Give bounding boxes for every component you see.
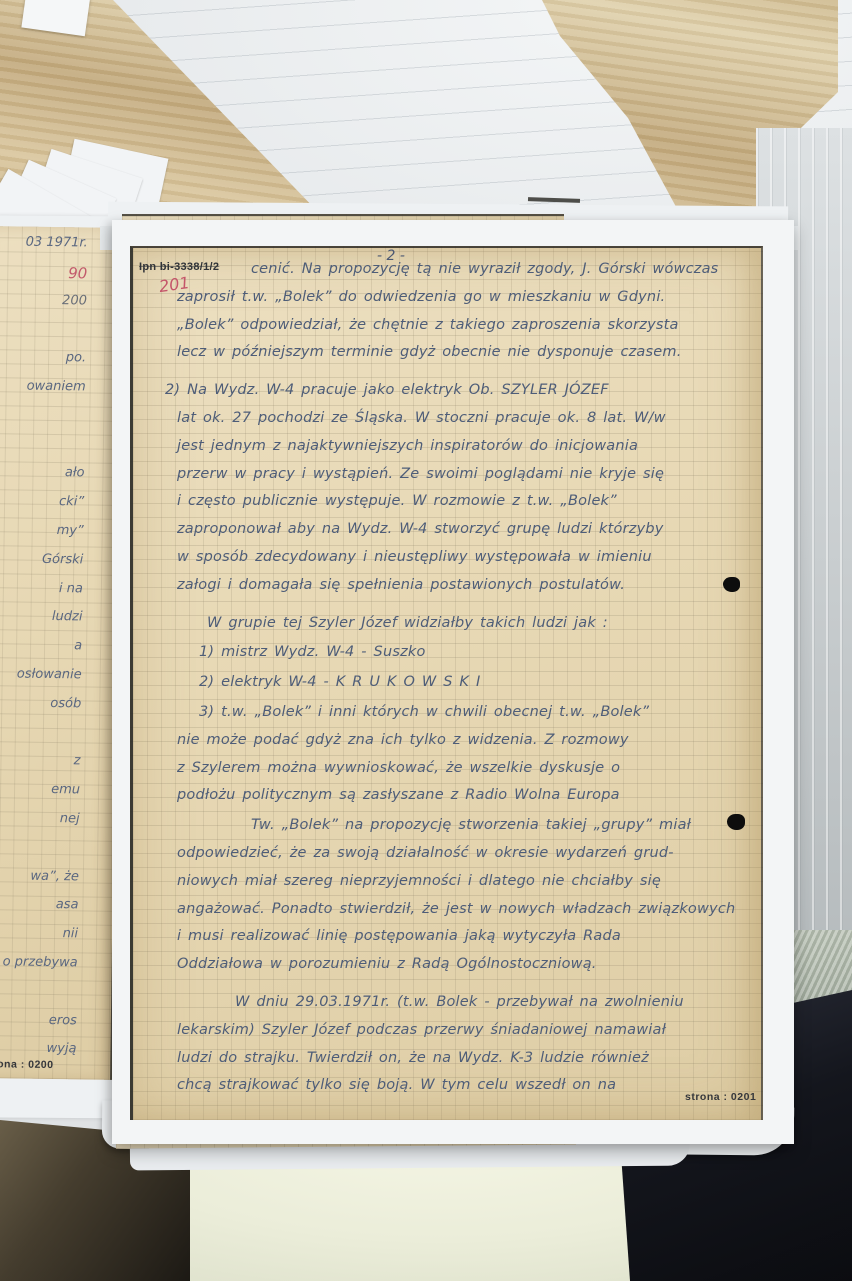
left-page-fragment: osłowanie (0, 666, 82, 696)
handwriting-line: lecz w późniejszym terminie gdyż obecnie… (177, 339, 763, 367)
handwriting-line: niowych miał szereg nieprzyjemności i dl… (177, 868, 763, 896)
left-page-fragments: 03 1971r.90200po.owaniemałocki”my”Górski… (0, 234, 88, 1070)
left-page-fragment: nej (0, 810, 80, 840)
handwriting-paragraph: 2) elektryk W-4 - K R U K O W S K I (177, 669, 763, 697)
handwriting-line: przerw w pracy i wystąpień. Ze swoimi po… (177, 461, 763, 489)
left-page-fragment: ludzi (0, 608, 83, 638)
handwriting-paragraph: Tw. „Bolek” na propozycję stworzenia tak… (177, 812, 763, 979)
sheet-edge-line (528, 197, 580, 203)
handwriting-line: zaprosił t.w. „Bolek” do odwiedzenia go … (177, 284, 763, 312)
ink-blot-dot (723, 577, 740, 592)
left-page-fragment: 90 (0, 263, 87, 293)
handwriting-line: z Szylerem można wywnioskować, że wszelk… (177, 755, 763, 783)
handwriting-line: lat ok. 27 pochodzi ze Śląska. W stoczni… (177, 405, 763, 433)
handwriting-line: angażować. Ponadto stwierdził, że jest w… (177, 896, 763, 924)
handwriting-paragraph: W grupie tej Szyler Józef widziałby taki… (177, 610, 763, 638)
handwriting-line: chcą strajkować tylko się boją. W tym ce… (177, 1072, 763, 1100)
handwriting-line: zaproponował aby na Wydz. W-4 stworzyć g… (177, 516, 763, 544)
left-page-fragment (0, 983, 77, 1013)
left-page-fragment: nii (0, 925, 78, 955)
left-page-fragment: osób (0, 695, 81, 725)
left-page-fragment (0, 407, 85, 437)
handwriting-line: cenić. Na propozycję tą nie wyraził zgod… (177, 256, 763, 284)
left-page-fragment (0, 724, 81, 754)
left-page-fragment: i na (0, 580, 83, 610)
handwriting-line: i musi realizować linię postępowania jak… (177, 923, 763, 951)
handwriting-line: W grupie tej Szyler Józef widziałby taki… (177, 610, 763, 638)
handwriting-line: załogi i domagała się spełnienia postawi… (177, 572, 763, 600)
photo-of-archival-document: 03 1971r.90200po.owaniemałocki”my”Górski… (0, 0, 852, 1281)
handwriting-paragraph: 3) t.w. „Bolek” i inni których w chwili … (177, 699, 763, 810)
handwriting-paragraph: 2) Na Wydz. W-4 pracuje jako elektryk Ob… (177, 377, 763, 599)
main-page-footer-label: strona : 0201 (685, 1091, 756, 1103)
scanned-page: Ipn bi-3338/1/2 201 - 2 - cenić. Na prop… (130, 246, 763, 1120)
left-page-fragment (0, 839, 79, 869)
handwriting-line: Oddziałowa w porozumieniu z Radą Ogólnos… (177, 951, 763, 979)
handwriting-line: ludzi do strajku. Twierdził on, że na Wy… (177, 1045, 763, 1073)
left-page-fragment: Górski (0, 551, 83, 581)
handwriting-line: lekarskim) Szyler Józef podczas przerwy … (177, 1017, 763, 1045)
handwriting-paragraph: 1) mistrz Wydz. W-4 - Suszko (177, 639, 763, 667)
handwriting-line: Tw. „Bolek” na propozycję stworzenia tak… (177, 812, 763, 840)
left-page-fragment: wa”, że (0, 868, 79, 898)
left-page-fragment: my” (0, 522, 84, 552)
document-stack: Ipn bi-3338/1/2 201 - 2 - cenić. Na prop… (100, 196, 800, 1176)
handwriting-block: cenić. Na propozycję tą nie wyraził zgod… (177, 256, 763, 1110)
left-page-fragment: ało (0, 464, 85, 494)
left-page-fragment: emu (0, 781, 80, 811)
handwriting-line: „Bolek” odpowiedział, że chętnie z takie… (177, 312, 763, 340)
handwriting-line: i często publicznie występuje. W rozmowi… (177, 488, 763, 516)
left-page-fragment: o przebywa (0, 954, 78, 984)
ink-blot-dot (727, 814, 745, 830)
handwriting-line: w sposób zdecydowany i nieustępliwy wyst… (177, 544, 763, 572)
handwriting-line: odpowiedzieć, że za swoją działalność w … (177, 840, 763, 868)
left-page-fragment: a (0, 637, 82, 667)
left-page-fragment: po. (0, 349, 86, 379)
left-page-fragment (0, 436, 85, 466)
under-sheet-bottom (130, 1144, 690, 1171)
handwriting-line: nie może podać gdyż zna ich tylko z widz… (177, 727, 763, 755)
handwriting-line: 2) elektryk W-4 - K R U K O W S K I (177, 669, 763, 697)
handwriting-line: podłożu politycznym są zasłyszane z Radi… (177, 782, 763, 810)
left-page-fragment: owaniem (0, 378, 86, 408)
left-page-footer-label: strona : 0200 (0, 1058, 54, 1071)
handwriting-paragraph: W dniu 29.03.1971r. (t.w. Bolek - przeby… (177, 989, 763, 1100)
top-sheet: Ipn bi-3338/1/2 201 - 2 - cenić. Na prop… (112, 220, 794, 1144)
handwriting-line: 3) t.w. „Bolek” i inni których w chwili … (177, 699, 763, 727)
left-page-fragment: cki” (0, 493, 84, 523)
handwriting-line: jest jednym z najaktywniejszych inspirat… (177, 433, 763, 461)
left-page-fragment: eros (0, 1012, 77, 1042)
handwriting-line: W dniu 29.03.1971r. (t.w. Bolek - przeby… (177, 989, 763, 1017)
left-page-fragment: 200 (0, 292, 87, 322)
handwriting-line: 2) Na Wydz. W-4 pracuje jako elektryk Ob… (165, 377, 763, 405)
left-page-fragment: z (0, 752, 81, 782)
left-page-fragment: asa (0, 896, 79, 926)
left-page-fragment (0, 321, 87, 351)
handwriting-paragraph: cenić. Na propozycję tą nie wyraził zgod… (177, 256, 763, 367)
handwriting-line: 1) mistrz Wydz. W-4 - Suszko (177, 639, 763, 667)
left-page-fragment: 03 1971r. (0, 234, 88, 264)
